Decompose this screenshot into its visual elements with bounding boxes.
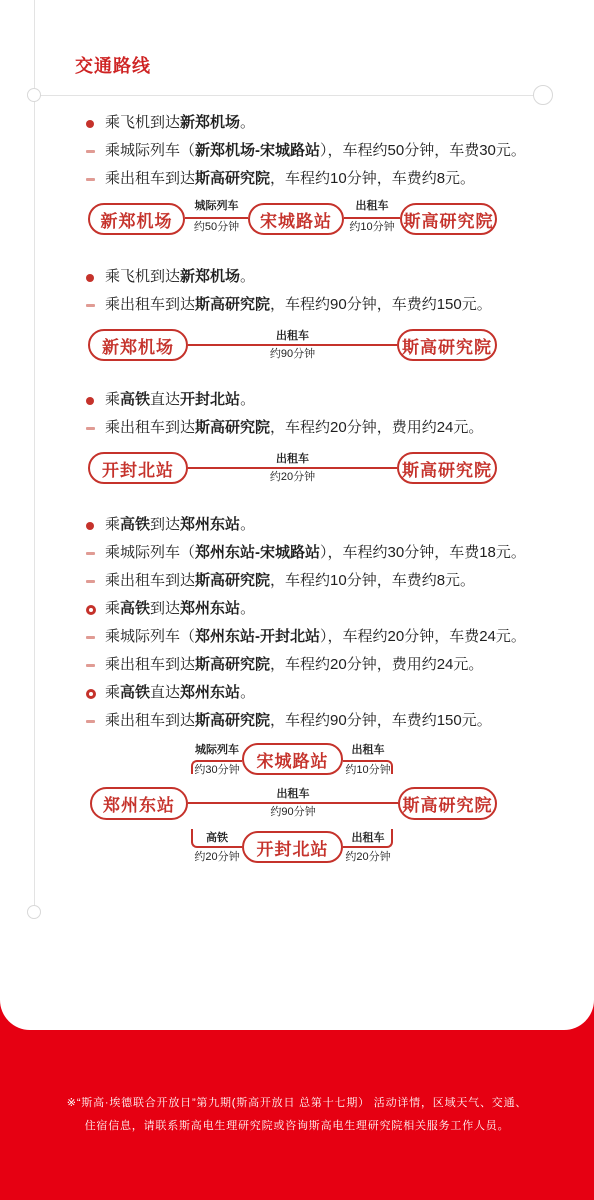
station-pill: 开封北站 <box>88 452 188 484</box>
route-step-text: 乘高铁直达开封北站。 <box>105 389 255 411</box>
route-step: 乘城际列车（郑州东站-开封北站），车程约20分钟，车费24元。 <box>86 626 564 654</box>
route-step: 乘高铁到达郑州东站。 <box>86 598 564 626</box>
transport-mode-label: 城际列车 <box>192 744 242 756</box>
timeline-node-circle <box>27 905 41 919</box>
bullet-dot-icon <box>86 522 94 530</box>
bullet-dash-icon <box>86 580 95 583</box>
bullet-dot-icon <box>86 120 94 128</box>
duration-label: 约30分钟 <box>192 764 242 776</box>
route-step: 乘出租车到达斯高研究院，车程约20分钟，费用约24元。 <box>86 654 564 682</box>
transport-mode-label: 出租车 <box>188 330 397 342</box>
route-step: 乘城际列车（新郑机场-宋城路站），车程约50分钟，车费30元。 <box>86 140 564 168</box>
duration-label: 约90分钟 <box>188 806 398 818</box>
route-step-text: 乘高铁直达郑州东站。 <box>105 682 255 704</box>
route-step: 乘高铁直达开封北站。 <box>86 389 564 417</box>
route-step-text: 乘出租车到达斯高研究院，车程约20分钟，费用约24元。 <box>105 417 483 439</box>
route-step-text: 乘城际列车（郑州东站-开封北站），车程约20分钟，车费24元。 <box>105 626 526 648</box>
route-section-2: 乘飞机到达新郑机场。 乘出租车到达斯高研究院，车程约90分钟，车费约150元。 <box>86 266 564 322</box>
connector-elbow-bottom-right <box>343 829 393 848</box>
duration-label: 约50分钟 <box>185 221 248 233</box>
station-pill: 斯高研究院 <box>397 329 497 361</box>
station-pill: 斯高研究院 <box>397 452 497 484</box>
connector-line <box>188 344 397 346</box>
duration-label: 约90分钟 <box>188 348 397 360</box>
route-step: 乘出租车到达斯高研究院，车程约20分钟，费用约24元。 <box>86 417 564 445</box>
station-pill: 宋城路站 <box>242 743 343 775</box>
route-step: 乘飞机到达新郑机场。 <box>86 112 564 140</box>
route-section-1: 乘飞机到达新郑机场。 乘城际列车（新郑机场-宋城路站），车程约50分钟，车费30… <box>86 112 564 196</box>
route-step-text: 乘高铁到达郑州东站。 <box>105 514 255 536</box>
duration-label: 约20分钟 <box>188 471 397 483</box>
bullet-dash-icon <box>86 150 95 153</box>
connector-line <box>188 802 398 804</box>
station-pill: 宋城路站 <box>248 203 344 235</box>
bullet-dash-icon <box>86 552 95 555</box>
route-step: 乘高铁直达郑州东站。 <box>86 682 564 710</box>
connector-line <box>188 467 397 469</box>
timeline-vertical-line <box>34 0 35 912</box>
footer-note: ※“斯高·埃德联合开放日”第九期(斯高开放日 总第十七期） 活动详情，区域天气、… <box>0 1092 594 1138</box>
route-step-text: 乘出租车到达斯高研究院，车程约10分钟，车费约8元。 <box>105 570 475 592</box>
route-step: 乘出租车到达斯高研究院，车程约10分钟，车费约8元。 <box>86 168 564 196</box>
route-step-text: 乘高铁到达郑州东站。 <box>105 598 255 620</box>
route-section-4: 乘高铁到达郑州东站。 乘城际列车（郑州东站-宋城路站），车程约30分钟，车费18… <box>86 514 564 738</box>
duration-label: 约20分钟 <box>192 851 242 863</box>
connector-elbow-bottom-left <box>191 829 242 848</box>
page-title: 交通路线 <box>75 52 151 78</box>
bullet-dash-icon <box>86 178 95 181</box>
route-step-text: 乘出租车到达斯高研究院，车程约90分钟，车费约150元。 <box>105 294 492 316</box>
station-pill: 斯高研究院 <box>400 203 497 235</box>
timeline-node-circle <box>533 85 553 105</box>
duration-label: 约20分钟 <box>344 851 392 863</box>
route-step-text: 乘出租车到达斯高研究院，车程约20分钟，费用约24元。 <box>105 654 483 676</box>
transport-mode-label: 出租车 <box>344 200 400 212</box>
connector-line <box>344 217 400 219</box>
station-pill: 新郑机场 <box>88 203 185 235</box>
bullet-dash-icon <box>86 304 95 307</box>
route-step-text: 乘出租车到达斯高研究院，车程约90分钟，车费约150元。 <box>105 710 492 732</box>
transport-mode-label: 出租车 <box>188 453 397 465</box>
station-pill: 郑州东站 <box>90 787 188 820</box>
route-step-text: 乘城际列车（郑州东站-宋城路站），车程约30分钟，车费18元。 <box>105 542 526 564</box>
route-step: 乘高铁到达郑州东站。 <box>86 514 564 542</box>
footer-note-line1: ※“斯高·埃德联合开放日”第九期(斯高开放日 总第十七期） 活动详情，区域天气、… <box>0 1092 594 1115</box>
bullet-dash-icon <box>86 636 95 639</box>
route-step-text: 乘城际列车（新郑机场-宋城路站），车程约50分钟，车费30元。 <box>105 140 526 162</box>
route-section-3: 乘高铁直达开封北站。 乘出租车到达斯高研究院，车程约20分钟，费用约24元。 <box>86 389 564 445</box>
bullet-dot-icon <box>86 274 94 282</box>
route-step: 乘出租车到达斯高研究院，车程约10分钟，车费约8元。 <box>86 570 564 598</box>
duration-label: 约10分钟 <box>344 221 400 233</box>
route-step-text: 乘出租车到达斯高研究院，车程约10分钟，车费约8元。 <box>105 168 475 190</box>
transport-mode-label: 出租车 <box>344 744 392 756</box>
footer-note-line2: 住宿信息，请联系斯高电生理研究院或咨询斯高电生理研究院相关服务工作人员。 <box>0 1115 594 1138</box>
route-step-text: 乘飞机到达新郑机场。 <box>105 266 255 288</box>
timeline-horizontal-line <box>34 95 543 96</box>
bullet-dot-icon <box>86 397 94 405</box>
station-pill: 斯高研究院 <box>398 787 497 820</box>
bullet-ring-icon <box>86 605 96 615</box>
route-step: 乘飞机到达新郑机场。 <box>86 266 564 294</box>
transport-mode-label: 出租车 <box>188 788 398 800</box>
route-step-text: 乘飞机到达新郑机场。 <box>105 112 255 134</box>
route-step: 乘出租车到达斯高研究院，车程约90分钟，车费约150元。 <box>86 294 564 322</box>
bullet-dash-icon <box>86 664 95 667</box>
transport-mode-label: 城际列车 <box>185 200 248 212</box>
route-step: 乘出租车到达斯高研究院，车程约90分钟，车费约150元。 <box>86 710 564 738</box>
poster-page: 交通路线 乘飞机到达新郑机场。 乘城际列车（新郑机场-宋城路站），车程约50分钟… <box>0 0 594 1200</box>
duration-label: 约10分钟 <box>344 764 392 776</box>
station-pill: 开封北站 <box>242 831 343 863</box>
bullet-ring-icon <box>86 689 96 699</box>
station-pill: 新郑机场 <box>88 329 188 361</box>
bullet-dash-icon <box>86 427 95 430</box>
bullet-dash-icon <box>86 720 95 723</box>
connector-line <box>185 217 248 219</box>
content-card: 交通路线 乘飞机到达新郑机场。 乘城际列车（新郑机场-宋城路站），车程约50分钟… <box>0 0 594 1030</box>
timeline-node-circle <box>27 88 41 102</box>
route-step: 乘城际列车（郑州东站-宋城路站），车程约30分钟，车费18元。 <box>86 542 564 570</box>
